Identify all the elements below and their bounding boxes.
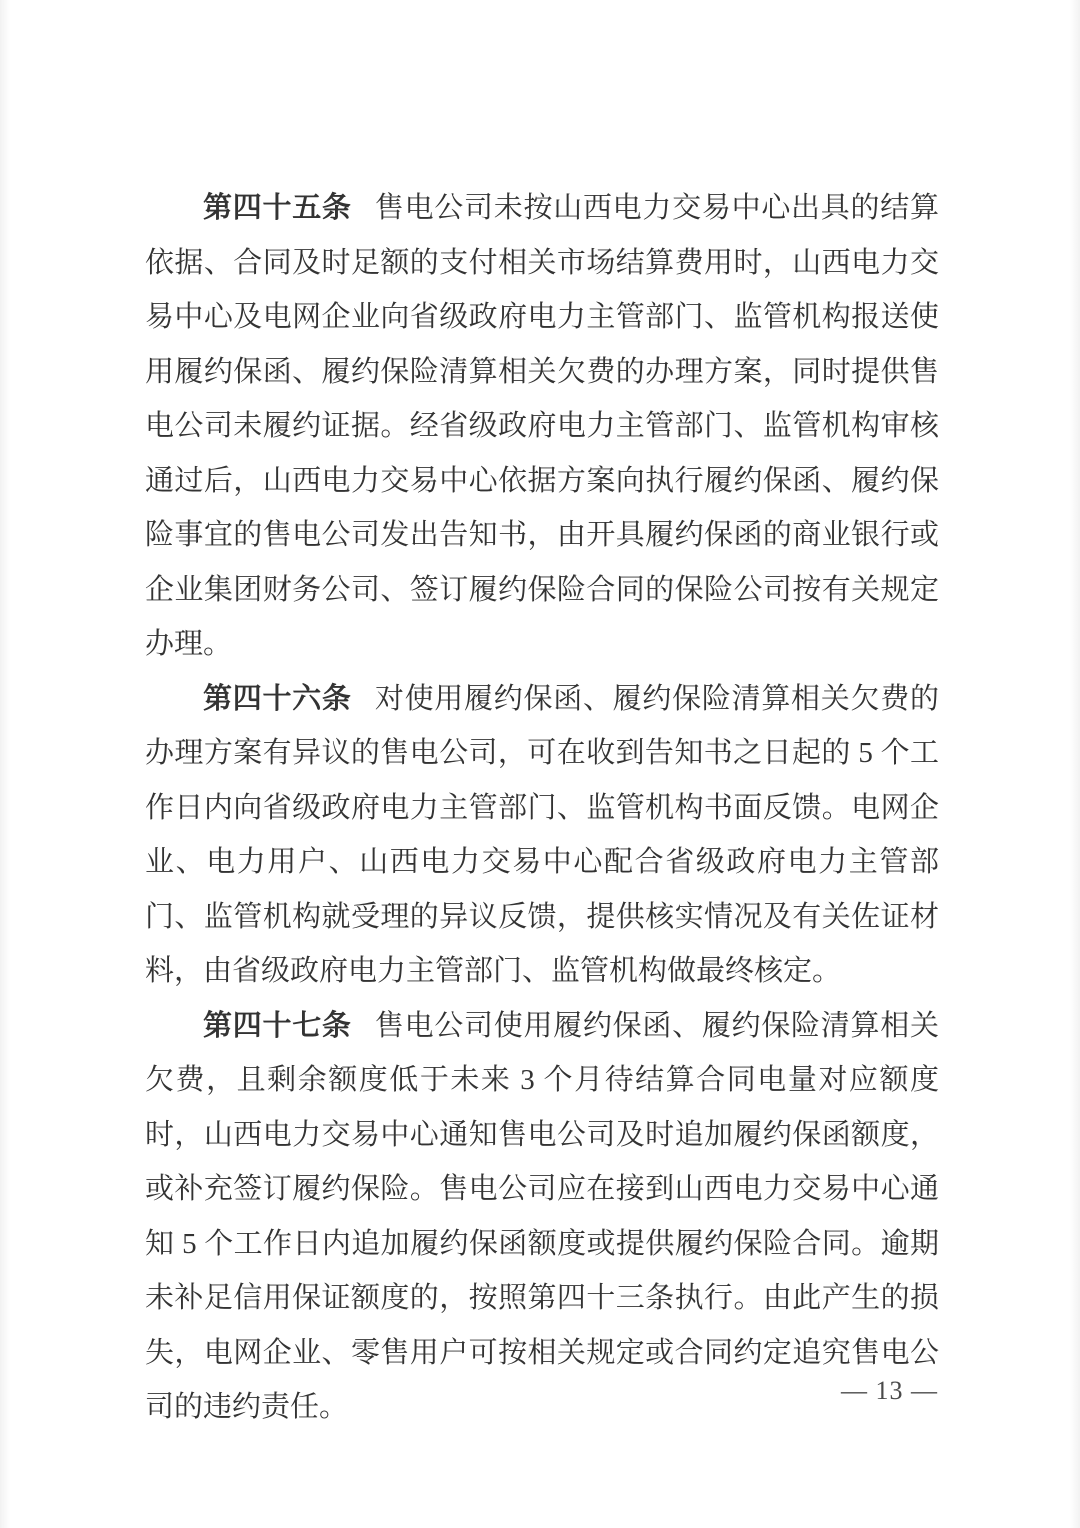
document-body: 第四十五条售电公司未按山西电力交易中心出具的结算依据、合同及时足额的支付相关市场… — [145, 181, 939, 1435]
article-paragraph: 第四十五条售电公司未按山西电力交易中心出具的结算依据、合同及时足额的支付相关市场… — [145, 181, 939, 672]
article-text: 对使用履约保函、履约保险清算相关欠费的办理方案有异议的售电公司，可在收到告知书之… — [145, 683, 939, 988]
document-page: 第四十五条售电公司未按山西电力交易中心出具的结算依据、合同及时足额的支付相关市场… — [0, 0, 1080, 1528]
article-text: 售电公司未按山西电力交易中心出具的结算依据、合同及时足额的支付相关市场结算费用时… — [145, 192, 939, 660]
article-number: 第四十七条 — [203, 1010, 352, 1042]
page-number: — 13 — — [841, 1374, 938, 1408]
article-number: 第四十六条 — [203, 683, 352, 715]
article-number: 第四十五条 — [203, 192, 352, 224]
article-paragraph: 第四十七条售电公司使用履约保函、履约保险清算相关欠费，且剩余额度低于未来 3 个… — [145, 999, 939, 1435]
article-paragraph: 第四十六条对使用履约保函、履约保险清算相关欠费的办理方案有异议的售电公司，可在收… — [145, 672, 939, 999]
article-text: 售电公司使用履约保函、履约保险清算相关欠费，且剩余额度低于未来 3 个月待结算合… — [145, 1010, 939, 1424]
